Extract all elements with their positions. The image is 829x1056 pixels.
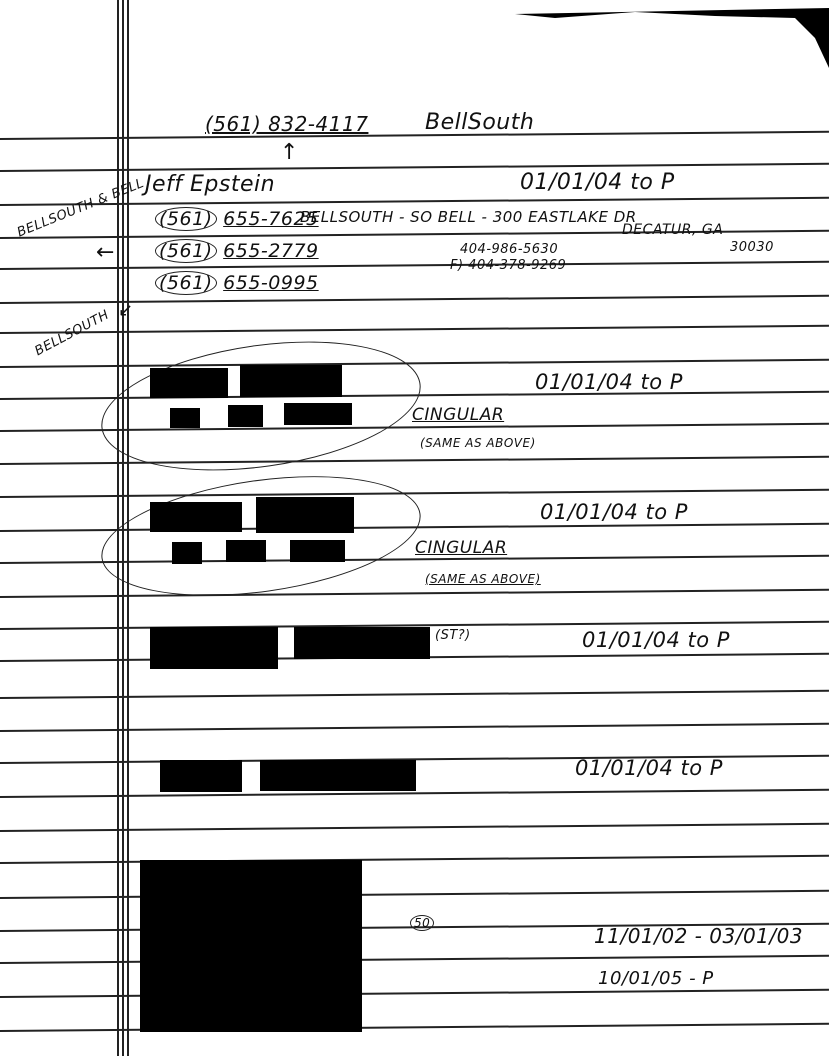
ruled-line: [0, 989, 829, 998]
address-city: DECATUR, GA: [622, 222, 723, 238]
entry-date-range: 01/01/04 to P: [535, 370, 683, 394]
entry-date-range: 01/01/04 to P: [575, 756, 723, 780]
ruled-line: [0, 823, 829, 832]
redaction-block: [150, 368, 228, 398]
subject-date-range: 01/01/04 to P: [520, 170, 675, 195]
redaction-block: [256, 497, 354, 533]
entry-carrier: CINGULAR: [415, 538, 507, 558]
redaction-block: [150, 627, 278, 669]
circled-group: [94, 458, 428, 614]
subject-name: Jeff Epstein: [145, 172, 275, 197]
ruled-line: [0, 890, 829, 899]
ruled-line: [0, 359, 829, 368]
redaction-block: [240, 365, 342, 397]
ruled-line: [0, 489, 829, 498]
entry-carrier: CINGULAR: [412, 405, 504, 425]
phone-number: 655-2779: [223, 240, 318, 262]
entry-date-range: 01/01/04 to P: [540, 500, 688, 524]
entry-date-range: 11/01/02 - 03/01/03: [594, 924, 803, 948]
redaction-block: [284, 403, 352, 425]
redaction-block: [226, 540, 266, 562]
redaction-block: [228, 405, 263, 427]
header-phone: (561) 832-4117: [205, 112, 368, 136]
entry-date-range: 01/01/04 to P: [582, 628, 730, 652]
area-code: (561): [155, 239, 217, 263]
arrow-up-icon: ↑: [280, 140, 299, 165]
area-code: (561): [155, 207, 217, 231]
redaction-block: [150, 502, 242, 532]
ruled-line: [0, 955, 829, 964]
ruled-line: [0, 690, 829, 699]
redaction-block: [170, 408, 200, 428]
redaction-block: [160, 760, 242, 792]
phone-number: 655-0995: [223, 272, 318, 294]
redaction-block: [294, 627, 430, 659]
redaction-block: [140, 860, 362, 1032]
redaction-block: [260, 760, 416, 791]
ruled-line: [0, 261, 829, 270]
ruled-line: [0, 1023, 829, 1032]
ruled-line: [0, 855, 829, 864]
ruled-line: [0, 163, 829, 172]
area-code: (561): [155, 271, 217, 295]
ruled-line: [0, 325, 829, 334]
entry-note: (ST?): [435, 628, 471, 643]
entry-note: (SAME AS ABOVE): [425, 572, 541, 586]
arrow-down-left-icon: ↙: [118, 300, 134, 321]
notebook-page: (561) 832-4117 BellSouth ↑ Jeff Epstein …: [0, 0, 829, 1056]
ruled-line: [0, 589, 829, 598]
carrier-fax: F) 404-378-9269: [450, 258, 566, 273]
carrier-note: BELLSOUTH - SO BELL - 300 EASTLAKE DR: [300, 208, 637, 226]
redaction-block: [290, 540, 345, 562]
ruled-line: [0, 456, 829, 465]
ruled-line: [0, 131, 829, 140]
carrier-phone: 404-986-5630: [460, 242, 558, 257]
arrow-left-icon: ←: [96, 240, 115, 265]
entry-date-range: 10/01/05 - P: [598, 968, 714, 989]
address-zip: 30030: [730, 240, 774, 255]
ruled-line: [0, 723, 829, 732]
header-carrier: BellSouth: [425, 110, 534, 135]
circled-note: 50: [410, 915, 434, 931]
redaction-block: [172, 542, 202, 564]
entry-note: (SAME AS ABOVE): [420, 436, 536, 450]
torn-corner: [515, 8, 829, 78]
